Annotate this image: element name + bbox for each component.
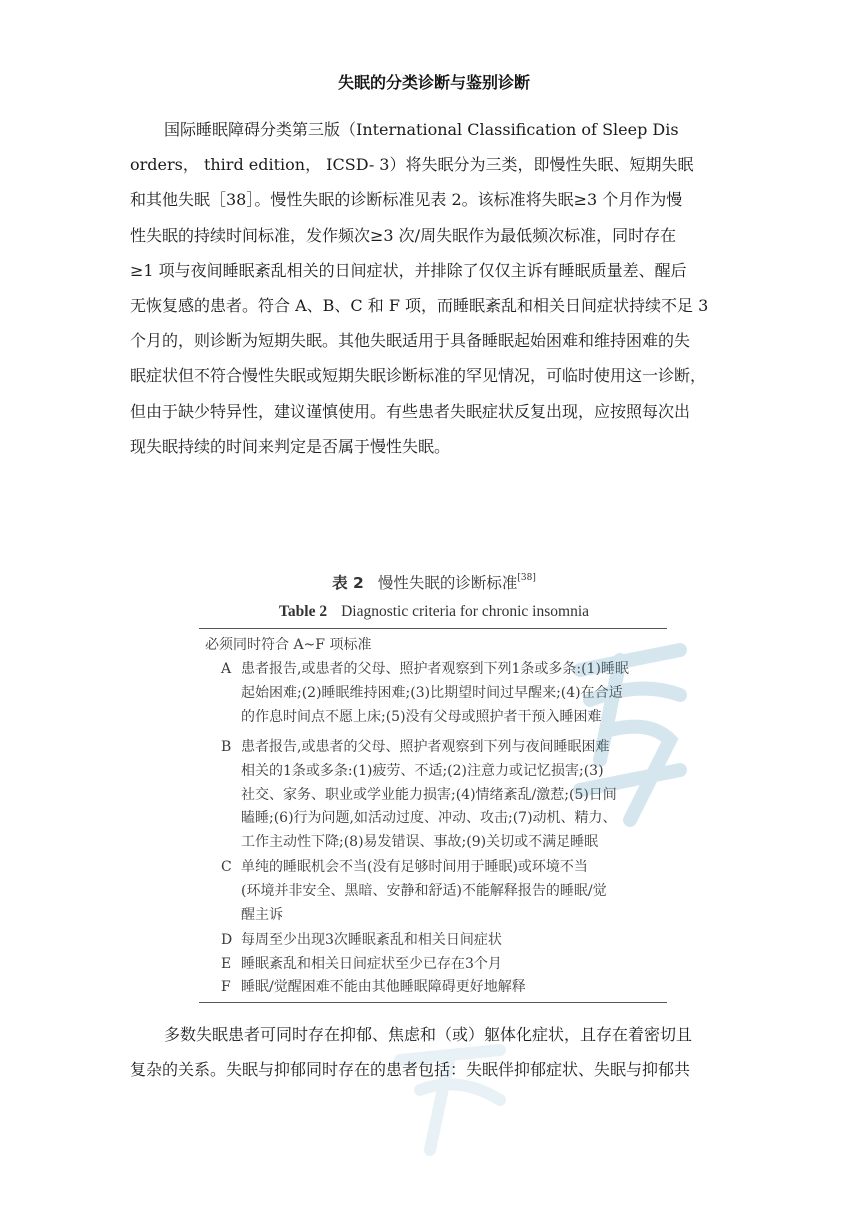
table-label-en: Table 2 xyxy=(279,603,327,620)
criterion-letter: A xyxy=(221,658,231,682)
criterion-a: A 患者报告,或患者的父母、照护者观察到下列1条或多条:(1)睡眠 起始困难;(… xyxy=(221,658,661,729)
criteria-table: 必须同时符合 A~F 项标准 A 患者报告,或患者的父母、照护者观察到下列1条或… xyxy=(199,628,667,1003)
table-header: 必须同时符合 A~F 项标准 xyxy=(205,635,371,655)
criterion-line: 单纯的睡眠机会不当(没有足够时间用于睡眠)或环境不当 xyxy=(241,856,661,880)
criterion-line: 患者报告,或患者的父母、照护者观察到下列与夜间睡眠困难 xyxy=(241,736,661,760)
table-label-cn: 表 2 xyxy=(332,574,364,592)
criterion-letter: F xyxy=(221,976,231,1000)
criterion-d: D 每周至少出现3次睡眠紊乱和相关日间症状 xyxy=(221,929,661,953)
text-line: 个月的，则诊断为短期失眠。其他失眠适用于具备睡眠起始困难和维持困难的失 xyxy=(130,323,738,358)
criterion-line: 社交、家务、职业或学业能力损害;(4)情绪紊乱/激惹;(5)日间 xyxy=(241,784,661,808)
criterion-line: 工作主动性下降;(8)易发错误、事故;(9)关切或不满足睡眠 xyxy=(241,831,661,855)
text-line: ≥1 项与夜间睡眠紊乱相关的日间症状，并排除了仅仅主诉有睡眠质量差、醒后 xyxy=(130,253,738,288)
paragraph-comorbidity: 多数失眠患者可同时存在抑郁、焦虑和（或）躯体化症状，且存在着密切且 复杂的关系。… xyxy=(130,1017,738,1087)
criterion-letter: D xyxy=(221,929,232,953)
text-line: 国际睡眠障碍分类第三版（International Classification… xyxy=(130,112,738,147)
criterion-letter: E xyxy=(221,953,231,977)
text-line: 性失眠的持续时间标准，发作频次≥3 次/周失眠作为最低频次标准，同时存在 xyxy=(130,218,738,253)
criterion-line: 醒主诉 xyxy=(241,904,661,928)
criterion-line: (环境并非安全、黑暗、安静和舒适)不能解释报告的睡眠/觉 xyxy=(241,880,661,904)
table-caption-chinese: 表 2慢性失眠的诊断标准[38] xyxy=(0,571,868,593)
criterion-line: 患者报告,或患者的父母、照护者观察到下列1条或多条:(1)睡眠 xyxy=(241,658,661,682)
criterion-letter: B xyxy=(221,736,231,760)
criterion-line: 瞌睡;(6)行为问题,如活动过度、冲动、攻击;(7)动机、精力、 xyxy=(241,807,661,831)
text-line: 眠症状但不符合慢性失眠或短期失眠诊断标准的罕见情况，可临时使用这一诊断， xyxy=(130,358,738,393)
text-line: 和其他失眠［38］。慢性失眠的诊断标准见表 2。该标准将失眠≥3 个月作为慢 xyxy=(130,182,738,217)
criterion-e: E 睡眠紊乱和相关日间症状至少已存在3个月 xyxy=(221,953,661,977)
table-title-en: Diagnostic criteria for chronic insomnia xyxy=(341,603,589,620)
page-title: 失眠的分类诊断与鉴别诊断 xyxy=(0,70,868,93)
criterion-line: 的作息时间点不愿上床;(5)没有父母或照护者干预入睡困难 xyxy=(241,706,661,730)
text-line: 复杂的关系。失眠与抑郁同时存在的患者包括：失眠伴抑郁症状、失眠与抑郁共 xyxy=(130,1052,738,1087)
table-caption-english: Table 2Diagnostic criteria for chronic i… xyxy=(0,603,868,621)
table-title-cn: 慢性失眠的诊断标准 xyxy=(378,574,518,592)
paragraph-icsd3-classification: 国际睡眠障碍分类第三版（International Classification… xyxy=(130,112,738,464)
text-line: 多数失眠患者可同时存在抑郁、焦虑和（或）躯体化症状，且存在着密切且 xyxy=(130,1017,738,1052)
criterion-line: 每周至少出现3次睡眠紊乱和相关日间症状 xyxy=(241,929,661,953)
citation-ref: [38] xyxy=(517,573,535,583)
criterion-f: F 睡眠/觉醒困难不能由其他睡眠障碍更好地解释 xyxy=(221,976,661,1000)
criterion-line: 起始困难;(2)睡眠维持困难;(3)比期望时间过早醒来;(4)在合适 xyxy=(241,682,661,706)
criterion-line: 相关的1条或多条:(1)疲劳、不适;(2)注意力或记忆损害;(3) xyxy=(241,760,661,784)
criterion-line: 睡眠紊乱和相关日间症状至少已存在3个月 xyxy=(241,953,661,977)
criterion-line: 睡眠/觉醒困难不能由其他睡眠障碍更好地解释 xyxy=(241,976,661,1000)
criterion-b: B 患者报告,或患者的父母、照护者观察到下列与夜间睡眠困难 相关的1条或多条:(… xyxy=(221,736,661,855)
text-line: 现失眠持续的时间来判定是否属于慢性失眠。 xyxy=(130,429,738,464)
criterion-c: C 单纯的睡眠机会不当(没有足够时间用于睡眠)或环境不当 (环境并非安全、黑暗、… xyxy=(221,856,661,927)
text-line: 但由于缺少特异性，建议谨慎使用。有些患者失眠症状反复出现，应按照每次出 xyxy=(130,394,738,429)
text-line: orders， third edition， ICSD- 3）将失眠分为三类，即… xyxy=(130,147,738,182)
criterion-letter: C xyxy=(221,856,232,880)
text-line: 无恢复感的患者。符合 A、B、C 和 F 项，而睡眠紊乱和相关日间症状持续不足 … xyxy=(130,288,738,323)
